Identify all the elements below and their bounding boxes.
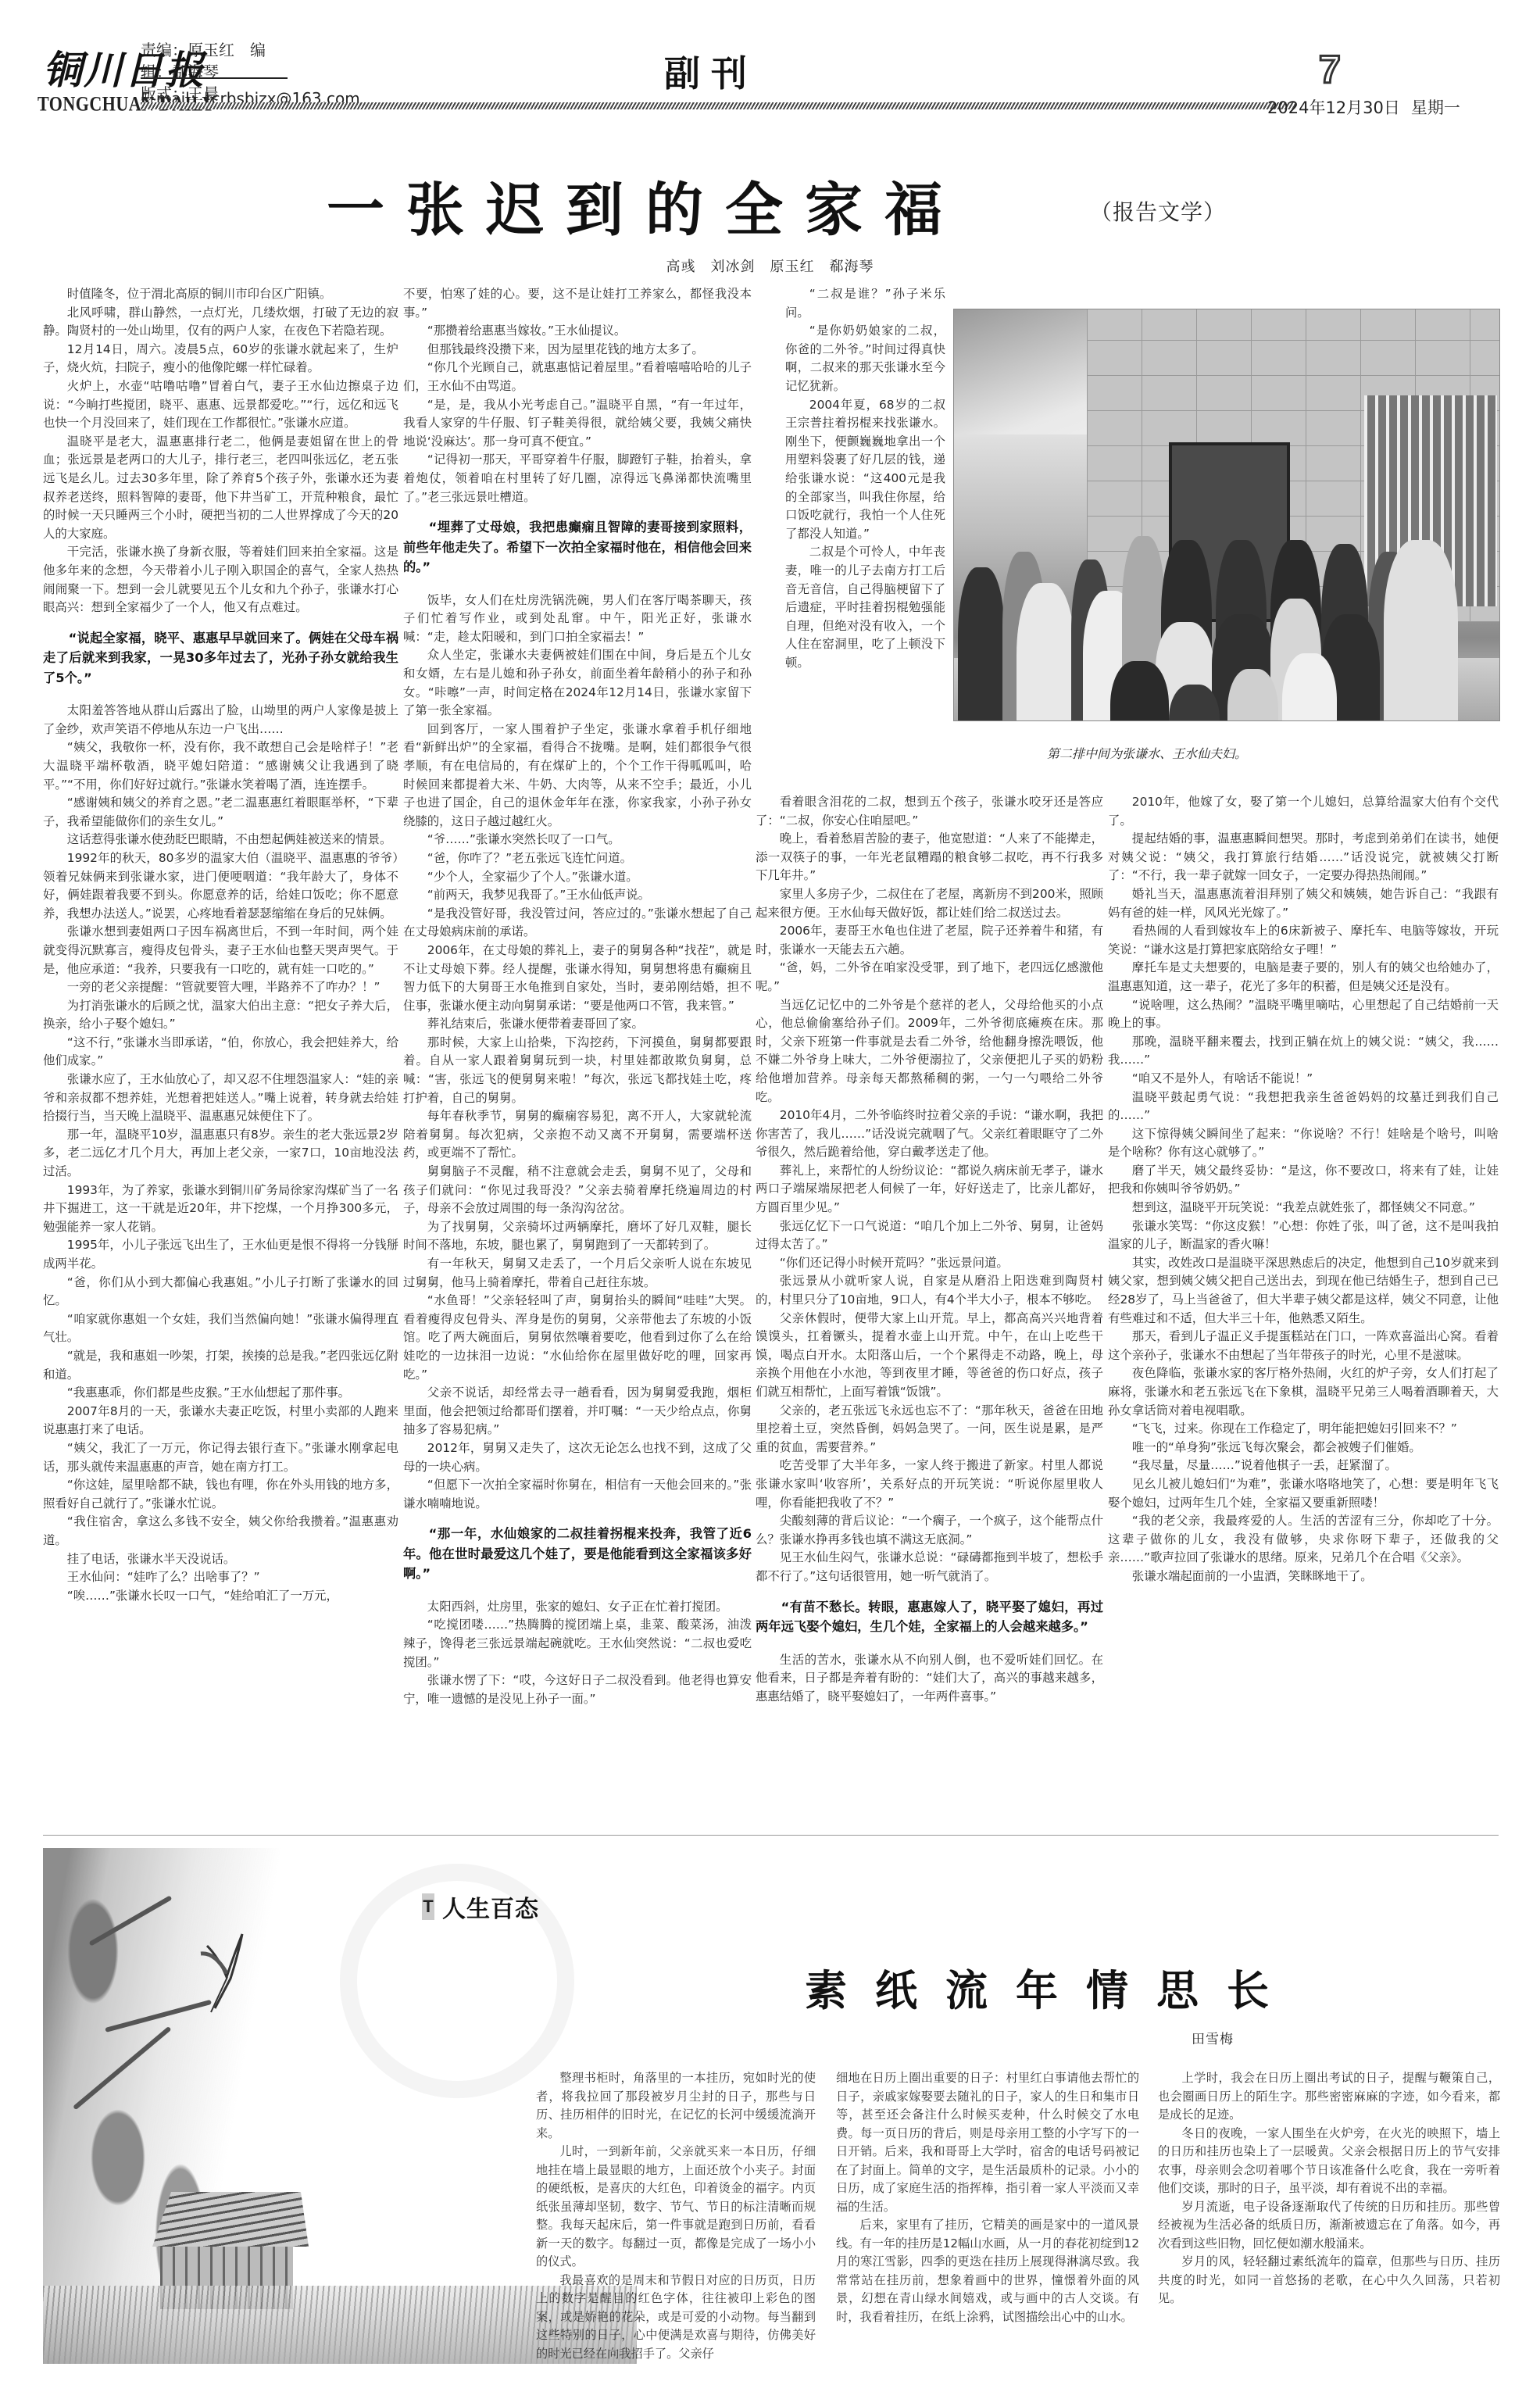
paragraph: “你这娃，屋里啥都不缺，钱也有哩，你在外头用钱的地方多，照看好自己就行了。”张谦… bbox=[43, 1476, 398, 1513]
section-divider bbox=[43, 1835, 1499, 1836]
photo-family-group bbox=[954, 536, 1500, 721]
paragraph: 时值隆冬，位于渭北高原的铜川市印台区广阳镇。 bbox=[43, 285, 398, 304]
divider bbox=[141, 77, 288, 79]
paragraph: 父亲的，老五张远飞永远也忘不了：“那年秋天，爸爸在田地里挖着土豆，突然昏倒，妈妈… bbox=[756, 1402, 1103, 1457]
pull-quote: “埋葬了丈母娘，我把患癫痫且智障的妻哥接到家照料，前些年他走失了。希望下一次拍全… bbox=[403, 517, 752, 577]
paragraph: 家里人多房子少，二叔住在了老屋，离新房不到200米，照顾起来很方便。王水仙每天做… bbox=[756, 885, 1103, 922]
paragraph: “飞飞，过来。你现在工作稳定了，明年能把媳妇引回来不？” bbox=[1108, 1420, 1499, 1439]
paragraph: “这不行，”张谦水当即承诺，“伯，你放心，我会把娃养大，给他们成家。” bbox=[43, 1034, 398, 1071]
paragraph: 那时候，大家上山拾柴，下沟挖药，下河摸鱼，舅舅都要跟着。自从一家人跟着舅舅玩到一… bbox=[403, 1034, 752, 1107]
paragraph: 张谦水愣了下：“哎，今这好日子二叔没看到。他老得也算安宁，唯一遗憾的是没见上孙子… bbox=[403, 1671, 752, 1708]
paragraph: 其实，改姓改口是温晓平深思熟虑后的决定，他想到自己10岁就来到姨父家，想到姨父姨… bbox=[1108, 1254, 1499, 1328]
paragraph: 一旁的老父亲提醒：“管就要管大哩，半路养不了咋办？！” bbox=[43, 978, 398, 997]
paragraph: 舅舅脑子不灵醒，稍不注意就会走丢，舅舅不见了，父母和孩子们就问：“你见过我哥没？… bbox=[403, 1163, 752, 1218]
paragraph: “前两天，我梦见我哥了。”王水仙低声说。 bbox=[403, 886, 752, 905]
paragraph: 火炉上，水壶“咕噜咕噜”冒着白气，妻子王水仙边擦桌子边说：“今晌打些搅团，晓平、… bbox=[43, 377, 398, 433]
photo-caption: 第二排中间为张谦水、王水仙夫妇。 bbox=[1047, 744, 1247, 762]
paragraph: 想到这，温晓平开玩笑说：“我差点就姓张了，都怪姨父不同意。” bbox=[1108, 1199, 1499, 1217]
paragraph: 上学时，我会在日历上圈出考试的日子，提醒与鞭策自己，也会圈画日历上的陌生字。那些… bbox=[1158, 2069, 1500, 2125]
paragraph: 张谦水端起面前的一小盅酒，笑眯眯地干了。 bbox=[1108, 1568, 1499, 1586]
paragraph: 那天，看到儿子温正义手提蛋糕站在门口，一阵欢喜溢出心窝。看着这个亲孙子，张谦水不… bbox=[1108, 1328, 1499, 1364]
paragraph: 回到客厅，一家人围着护子坐定，张谦水拿着手机仔细地看“新鲜出炉”的全家福，看得合… bbox=[403, 720, 752, 831]
paragraph: 干完活，张谦水换了身新衣服，等着娃们回来拍全家福。这是他多年来的念想，今天带着小… bbox=[43, 543, 398, 617]
paragraph: 夜色降临，张谦水家的客厅格外热闹，火红的炉子旁，女人们打起了麻将，张谦水和老五张… bbox=[1108, 1364, 1499, 1420]
paragraph: “爷……”张谦水突然长叹了一口气。 bbox=[403, 831, 752, 849]
paragraph: “我的老父亲，我最疼爱的人。生活的苦涩有三分，你却吃了十分。这辈子做你的儿女，我… bbox=[1108, 1512, 1499, 1568]
paragraph: 每年春秋季节，舅舅的癫痫容易犯，离不开人，大家就轮流陪着舅舅。每次犯病，父亲抱不… bbox=[403, 1107, 752, 1163]
weekday-text: 星期一 bbox=[1411, 98, 1460, 117]
paragraph: 提起结婚的事，温惠惠瞬间想哭。那时，考虑到弟弟们在读书，她便对姨父说：“姨父，我… bbox=[1108, 830, 1499, 885]
article-column-1: 时值隆冬，位于渭北高原的铜川市印台区广阳镇。 北风呼啸，群山静然，一点灯光，几缕… bbox=[43, 285, 398, 1829]
paragraph: “我住宿舍，拿这么多钱不安全，姨父你给我攒着。”温惠惠劝道。 bbox=[43, 1513, 398, 1550]
paragraph: “姨父，我敬你一杯，没有你，我不敢想自己会是啥样子！”老大温晓平端杯敬酒，晓平媳… bbox=[43, 738, 398, 794]
paragraph: 看热闹的人看到嫁妆车上的6床新被子、摩托车、电脑等嫁妆，开玩笑说：“谦水这是打算… bbox=[1108, 922, 1499, 959]
masthead: 铜川日报 TONGCHUAN DAILY 责编：原玉红 编辑：郗海琴 版式：王晨… bbox=[0, 0, 1540, 125]
paragraph: 但那钱最终没攒下来，因为屋里花钱的地方太多了。 bbox=[403, 341, 752, 359]
flying-crane-icon bbox=[199, 1930, 254, 2016]
paragraph: 为了找舅舅，父亲骑坏过两辆摩托，磨坏了好几双鞋，腿长时间不落地，东坡，腿也累了，… bbox=[403, 1218, 752, 1255]
pull-quote: “说起全家福，晓平、惠惠早早就回来了。俩娃在父母车祸走了后就来到我家，一晃30多… bbox=[43, 628, 398, 688]
paragraph: 岁月流逝，电子设备逐渐取代了传统的日历和挂历。那些曾经被视为生活必备的纸质日历，… bbox=[1158, 2198, 1500, 2254]
article-column-3-top: “二叔是谁？”孙子米乐问。 “是你奶奶娘家的二叔，你爸的二外爷。”时间过得真快啊… bbox=[785, 285, 945, 797]
paragraph: 2006年，在丈母娘的葬礼上，妻子的舅舅各种“找茬”，就是不让丈母娘下葬。经人提… bbox=[403, 942, 752, 1015]
paragraph: 1993年，为了养家，张谦水到铜川矿务局徐家沟煤矿当了一名井下掘进工，这一干就是… bbox=[43, 1182, 398, 1237]
paragraph: 太阳羞答答地从群山后露出了脸，山坳里的两户人家像是披上了金纱，欢声笑语不停地从东… bbox=[43, 702, 398, 738]
paragraph: “记得初一那天，平哥穿着牛仔服，脚蹬钉子鞋，抬着头，拿着炮仗，领着咱在村里转了好… bbox=[403, 451, 752, 506]
paragraph: “咱又不是外人，有啥话不能说！” bbox=[1108, 1070, 1499, 1089]
paragraph: “二叔是谁？”孙子米乐问。 bbox=[785, 285, 945, 322]
essay-title: 素纸流年情思长 bbox=[805, 1957, 1297, 2018]
paragraph: 这下惊得姨父瞬间坐了起来：“你说啥？不行！娃啥是个啥号，叫啥是个啥称？你有这心就… bbox=[1108, 1125, 1499, 1162]
issue-date: 2024年12月30日星期一 bbox=[1267, 95, 1460, 119]
paragraph: 2012年，舅舅又走失了，这次无论怎么也找不到，这成了父母的一块心病。 bbox=[403, 1439, 752, 1476]
paragraph: “水鱼哥！”父亲轻轻叫了声，舅舅抬头的瞬间“哇哇”大哭。看着瘦得皮包骨头、浑身是… bbox=[403, 1292, 752, 1384]
pull-quote: “那一年，水仙娘家的二叔挂着拐棍来投奔，我管了近6年。他在世时最爱这几个娃了，要… bbox=[403, 1524, 752, 1584]
paragraph: “是我没管好哥，我没管过问，答应过的。”张谦水想起了自己在丈母娘病床前的承诺。 bbox=[403, 905, 752, 942]
paragraph: 唯一的“单身狗”张远飞每次聚会，都会被嫂子们催婚。 bbox=[1108, 1439, 1499, 1457]
paragraph: 见幺儿被儿媳妇们“为难”，张谦水咯咯地笑了，心想：要是明年飞飞娶个媳妇，过两年生… bbox=[1108, 1475, 1499, 1512]
paragraph: “爸，你咋了？”老五张远飞连忙问道。 bbox=[403, 849, 752, 868]
paragraph: “姨父，我汇了一万元，你记得去银行查下。”张谦水刚拿起电话，那头就传来温惠惠的声… bbox=[43, 1439, 398, 1476]
paragraph: 父亲休假时，便带大家上山开荒。早上，都高高兴兴地背着馍馍头，扛着镢头，提着水壶上… bbox=[756, 1310, 1103, 1402]
paragraph: “爸，妈，二外爷在咱家没受罪，到了地下，老四远亿感激他呢。” bbox=[756, 959, 1103, 996]
article-headline: 一张迟到的全家福 bbox=[327, 164, 964, 247]
paragraph: 2004年夏，68岁的二叔王宗普拄着拐棍来找张谦水。刚坐下，便颤巍巍地拿出一个用… bbox=[785, 396, 945, 544]
paragraph: “就是，我和惠姐一吵架，打架，挨揍的总是我。”老四张远亿附和道。 bbox=[43, 1347, 398, 1384]
article-column-3: 看着眼含泪花的二叔，想到五个孩子，张谦水咬牙还是答应了：“二叔，你安心住咱屋吧。… bbox=[756, 793, 1103, 1832]
section-title: 副刊 bbox=[664, 45, 758, 97]
paragraph: “但愿下一次拍全家福时你舅在，相信有一天他会回来的。”张谦水喃喃地说。 bbox=[403, 1476, 752, 1513]
paragraph: 这话惹得张谦水使劲眨巴眼睛，不由想起俩娃被送来的情景。 bbox=[43, 831, 398, 849]
paragraph: 张谦水想到妻姐两口子因车祸离世后，不到一年时间，两个娃就变得沉默寡言，瘦得皮包骨… bbox=[43, 923, 398, 978]
paragraph: 看着眼含泪花的二叔，想到五个孩子，张谦水咬牙还是答应了：“二叔，你安心住咱屋吧。… bbox=[756, 793, 1103, 830]
paragraph: 吃苦受罪了大半年多，一家人终于搬进了新家。村里人都说张谦水家叫‘收容所’，关系好… bbox=[756, 1457, 1103, 1512]
paragraph: 王水仙问：“娃咋了么？出啥事了？” bbox=[43, 1568, 398, 1587]
paragraph: 太阳西斜，灶房里，张家的媳妇、女子正在忙着打搅团。 bbox=[403, 1598, 752, 1617]
paragraph: 葬礼结束后，张谦水便带着妻哥回了家。 bbox=[403, 1015, 752, 1034]
paragraph: 饭毕，女人们在灶房洗锅洗碗，男人们在客厅喝茶聊天，孩子们忙着写作业，或到处乱窜。… bbox=[403, 592, 752, 647]
column-tag-label: 人生百态 bbox=[442, 1890, 539, 1924]
paragraph: 整理书柜时，角落里的一本挂历，宛如时光的使者，将我拉回了那段被岁月尘封的日子，那… bbox=[536, 2069, 816, 2143]
paragraph: 冬日的夜晚，一家人围坐在火炉旁，在火光的映照下，墙上的日历和挂历也染上了一层暖黄… bbox=[1158, 2125, 1500, 2198]
article-byline: 高彧 刘冰剑 原玉红 郗海琴 bbox=[0, 256, 1540, 276]
essay-column-1: 整理书柜时，角落里的一本挂历，宛如时光的使者，将我拉回了那段被岁月尘封的日子，那… bbox=[536, 2069, 816, 2382]
paragraph: “是，是，我从小光考虑自己。”温晓平自黑，“有一年过年，我看人家穿的牛仔服、钉子… bbox=[403, 396, 752, 452]
paragraph: 我最喜欢的是周末和节假日对应的日历页，日历上的数字是醒目的红色字体，往往被印上彩… bbox=[536, 2272, 816, 2364]
paragraph: 张谦水应了，王水仙放心了，却又忍不住埋怨温家人：“娃的亲爷和亲叔都不想养娃，光想… bbox=[43, 1071, 398, 1126]
paragraph: 细地在日历上圈出重要的日子：村里红白事请他去帮忙的日子，亲戚家嫁娶要去随礼的日子… bbox=[836, 2069, 1139, 2216]
date-text: 2024年12月30日 bbox=[1267, 98, 1400, 117]
paragraph: 众人坐定，张谦水夫妻俩被娃们围在中间，身后是五个儿女和女婿，左右是儿媳和孙子孙女… bbox=[403, 646, 752, 720]
essay-column-2: 细地在日历上圈出重要的日子：村里红白事请他去帮忙的日子，亲戚家嫁娶要去随礼的日子… bbox=[836, 2069, 1139, 2382]
paragraph: “咱家就你惠姐一个女娃，我们当然偏向她！”张谦水偏得理直气壮。 bbox=[43, 1310, 398, 1347]
paragraph: 磨了半天，姨父最终妥协：“是这，你不要改口，将来有了娃，让娃把我和你姨叫爷爷奶奶… bbox=[1108, 1162, 1499, 1199]
paragraph: 张远亿忆下一口气说道：“咱几个加上二外爷、舅舅，让爸妈过得太苦了。” bbox=[756, 1217, 1103, 1254]
hatched-rule bbox=[141, 102, 1295, 109]
paragraph: “感谢姨和姨父的养育之恩。”老二温惠惠红着眼眶举杯，“下辈子，我希望能做你们的亲… bbox=[43, 794, 398, 831]
paragraph: 那一年，温晓平10岁，温惠惠只有8岁。亲生的老大张远景2岁多，老二远亿才几个月大… bbox=[43, 1126, 398, 1182]
paragraph: 2010年，他嫁了女，娶了第一个儿媳妇，总算给温家大伯有个交代了。 bbox=[1108, 793, 1499, 830]
paragraph: 二叔是个可怜人，中年丧妻，唯一的儿子去南方打工后音无音信，自己得脑梗留下了后遗症… bbox=[785, 543, 945, 672]
paragraph: 晚上，看着愁眉苦脸的妻子，他宽慰道：“人来了不能撵走，添一双筷子的事，一年光老鼠… bbox=[756, 830, 1103, 885]
paragraph: “那攒着给惠惠当嫁妆。”王水仙提议。 bbox=[403, 322, 752, 341]
paragraph: 葬礼上，来帮忙的人纷纷议论：“都说久病床前无孝子，谦水两口子端屎端尿把老人伺候了… bbox=[756, 1162, 1103, 1217]
paragraph: “唉……”张谦水长叹一口气，“娃给咱汇了一万元， bbox=[43, 1587, 398, 1606]
paragraph: 2010年4月，二外爷临终时拉着父亲的手说：“谦水啊，我把你害苦了，我儿……”话… bbox=[756, 1107, 1103, 1162]
paragraph: “我尽量，尽量……”说着他棋子一丢，赶紧溜了。 bbox=[1108, 1457, 1499, 1475]
paragraph: “你们还记得小时候开荒吗？”张远景问道。 bbox=[756, 1254, 1103, 1273]
paragraph: 那晚，温晓平翻来覆去，找到正躺在炕上的姨父说：“姨父，我……我……” bbox=[1108, 1033, 1499, 1070]
paragraph: 张远景从小就听家人说，自家是从磨沿上阳迭难到陶贤村的，村里只分了10亩地，9口人… bbox=[756, 1272, 1103, 1309]
paragraph: 2007年8月的一天，张谦水夫妻正吃饭，村里小卖部的人跑来说惠惠打来了电话。 bbox=[43, 1403, 398, 1439]
article-genre: （报告文学） bbox=[1090, 195, 1226, 227]
paragraph: “说啥哩，这么热闹？”温晓平嘴里嘀咕，心里想起了自己结婚前一天晚上的事。 bbox=[1108, 996, 1499, 1033]
editor-credits-line: 责编：原玉红 编辑：郗海琴 bbox=[141, 39, 293, 83]
paragraph: 挂了电话，张谦水半天没说话。 bbox=[43, 1550, 398, 1569]
paragraph: 岁月的风，轻轻翻过素纸流年的篇章，但那些与日历、挂历共度的时光，如同一首悠扬的老… bbox=[1158, 2253, 1500, 2308]
paragraph: “吃搅团喽……”热腾腾的搅团端上桌，韭菜、酸菜汤，油泼辣子，馋得老三张远景端起碗… bbox=[403, 1616, 752, 1671]
paragraph: “少个人，全家福少了个人。”张谦水道。 bbox=[403, 868, 752, 887]
pull-quote: “有苗不愁长。转眼，惠惠嫁人了，晓平娶了媳妇，再过两年远飞娶个媳妇，生几个娃，全… bbox=[756, 1597, 1103, 1637]
paragraph: 儿时，一到新年前，父亲就买来一本日历，仔细地挂在墙上最显眼的地方，上面还放个小夹… bbox=[536, 2143, 816, 2272]
paragraph: 为打消张谦水的后顾之忧，温家大伯出主意：“把女子养大后，换亲，给小子娶个媳妇。” bbox=[43, 997, 398, 1034]
paragraph: 见王水仙生闷气，张谦水总说：“碌碡都拖到半坡了，想松手都不行了。”这句话很管用，… bbox=[756, 1549, 1103, 1586]
paragraph: “你几个光顾自己，就惠惠惦记着屋里。”看着嘻嘻哈哈的儿子们，王水仙不由骂道。 bbox=[403, 359, 752, 395]
paragraph: 12月14日，周六。凌晨5点，60岁的张谦水就起来了，生炉子，烧火炕，扫院子，瘦… bbox=[43, 341, 398, 377]
column-tag: T 人生百态 bbox=[422, 1890, 539, 1924]
paragraph: 摩托车是丈夫想要的，电脑是妻子要的，别人有的姨父也给她办了，温惠惠知道，这一辈子… bbox=[1108, 959, 1499, 996]
paragraph: 尖酸刻薄的背后议论：“一个瘸子，一个疯子，这个能帮点什么？张谦水挣再多钱也填不满… bbox=[756, 1512, 1103, 1549]
paragraph: 北风呼啸，群山静然，一点灯光，几缕炊烟，打破了无边的寂静。陶贤村的一处山坳里，仅… bbox=[43, 304, 398, 341]
article-column-4: 2010年，他嫁了女，娶了第一个儿媳妇，总算给温家大伯有个交代了。 提起结婚的事… bbox=[1108, 793, 1499, 1832]
paragraph: “是你奶奶娘家的二叔，你爸的二外爷。”时间过得真快啊，二叔来的那天张谦水至今记忆… bbox=[785, 322, 945, 395]
paragraph: 1992年的秋天，80多岁的温家大伯（温晓平、温惠惠的爷爷）领着兄妹俩来到张谦水… bbox=[43, 849, 398, 923]
paragraph: 温晓平鼓起勇气说：“我想把我亲生爸爸妈妈的坟墓迁到我们自己的……” bbox=[1108, 1089, 1499, 1125]
paragraph: 后来，家里有了挂历，它精美的画是家中的一道风景线。有一年的挂历是12幅山水画，从… bbox=[836, 2216, 1139, 2326]
page-number: 7 bbox=[1319, 47, 1341, 92]
paragraph: 温晓平是老大，温惠惠排行老二，他俩是妻姐留在世上的骨血；张远景是老两口的大儿子，… bbox=[43, 433, 398, 544]
paragraph: 父亲不说话，却经常去寻一趟看看，因为舅舅爱我跑，烟柜里面，他会把领过给都哥们摆着… bbox=[403, 1384, 752, 1439]
paragraph: 生活的苦水，张谦水从不向别人倒，也不爱听娃们回忆。在他看来，日子都是奔着有盼的：… bbox=[756, 1651, 1103, 1707]
paragraph: 1995年，小儿子张远飞出生了，王水仙更是恨不得将一分钱掰成两半花。 bbox=[43, 1236, 398, 1273]
paragraph: 当远亿记忆中的二外爷是个慈祥的老人，父母给他买的小点心，他总偷偷塞给孙子们。20… bbox=[756, 996, 1103, 1107]
paragraph: 张谦水笑骂：“你这皮猴！”心想：你姓了张，叫了爸，这不是叫我拍温家的儿子，断温家… bbox=[1108, 1217, 1499, 1254]
paragraph: 有一年秋天，舅舅又走丢了，一个月后父亲听人说在东坡见过舅舅，他马上骑着摩托，带着… bbox=[403, 1255, 752, 1292]
article-column-2: 不要，怕寒了娃的心。要，这不是让娃打工养家么，都怪我没本事。” “那攒着给惠惠当… bbox=[403, 285, 752, 1817]
column-tag-icon: T bbox=[422, 1893, 434, 1920]
paragraph: 不要，怕寒了娃的心。要，这不是让娃打工养家么，都怪我没本事。” bbox=[403, 285, 752, 322]
essay-author: 田雪梅 bbox=[1192, 2028, 1234, 2047]
paragraph: “我惠惠乖，你们都是些皮猴。”王水仙想起了那件事。 bbox=[43, 1384, 398, 1403]
paragraph: 2006年，妻哥王水龟也住进了老屋，院子还养着牛和猪，有时，张谦水一天能去五六趟… bbox=[756, 922, 1103, 959]
family-photo bbox=[953, 309, 1500, 721]
paragraph: “爸，你们从小到大都偏心我惠姐。”小儿子打断了张谦水的回忆。 bbox=[43, 1274, 398, 1310]
essay-column-3: 上学时，我会在日历上圈出考试的日子，提醒与鞭策自己，也会圈画日历上的陌生字。那些… bbox=[1158, 2069, 1500, 2382]
paragraph: 婚礼当天，温惠惠流着泪拜别了姨父和姨姨，她告诉自己：“我跟有妈有爸的娃一样，风风… bbox=[1108, 885, 1499, 922]
